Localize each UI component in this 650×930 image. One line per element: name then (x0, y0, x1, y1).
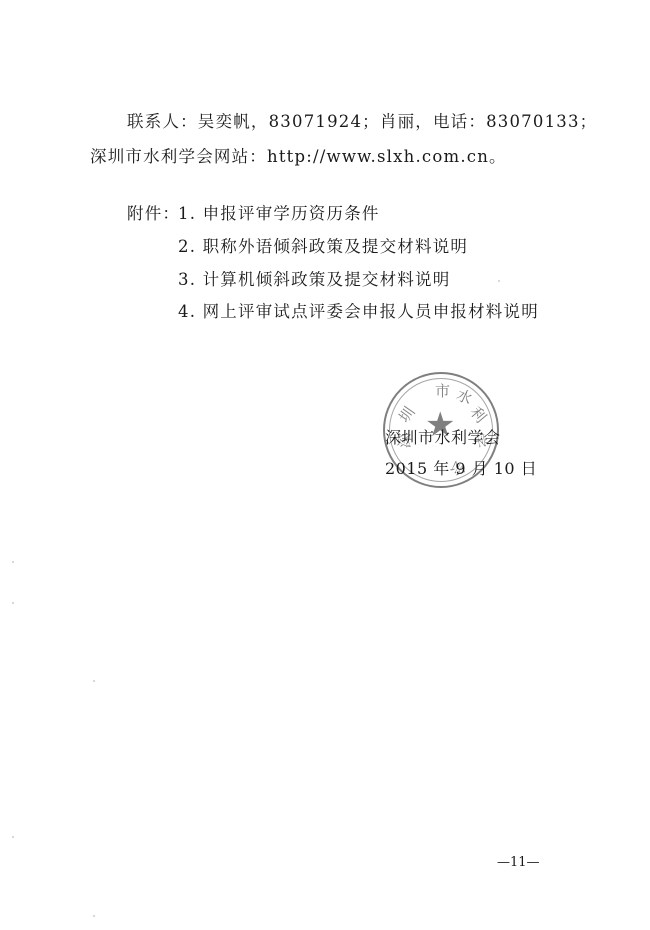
attachment-item: 2. 职称外语倾斜政策及提交材料说明 (178, 237, 468, 257)
scan-speck (498, 280, 500, 282)
scan-speck (12, 561, 14, 563)
scan-speck (93, 915, 95, 917)
seal-char: 市 (435, 380, 450, 401)
scan-speck (93, 680, 95, 682)
scan-speck (12, 602, 14, 604)
document-page: 联系人：吴奕帆，83071924；肖丽，电话：83070133； 深圳市水利学会… (0, 0, 650, 930)
website-line: 深圳市水利学会网站：http://www.slxh.com.cn。 (90, 147, 507, 167)
scan-speck (12, 836, 14, 838)
page-number: —11— (497, 855, 540, 870)
attachment-item: 1. 申报评审学历资历条件 (178, 204, 380, 224)
attachment-item: 3. 计算机倾斜政策及提交材料说明 (178, 270, 450, 290)
attachments-label: 附件： (127, 204, 180, 224)
signature-date: 2015 年 9 月 10 日 (385, 456, 537, 479)
contact-info-line: 联系人：吴奕帆，83071924；肖丽，电话：83070133； (127, 112, 597, 132)
signature-organization: 深圳市水利学会 (385, 425, 501, 448)
attachment-item: 4. 网上评审试点评委会申报人员申报材料说明 (178, 302, 539, 322)
